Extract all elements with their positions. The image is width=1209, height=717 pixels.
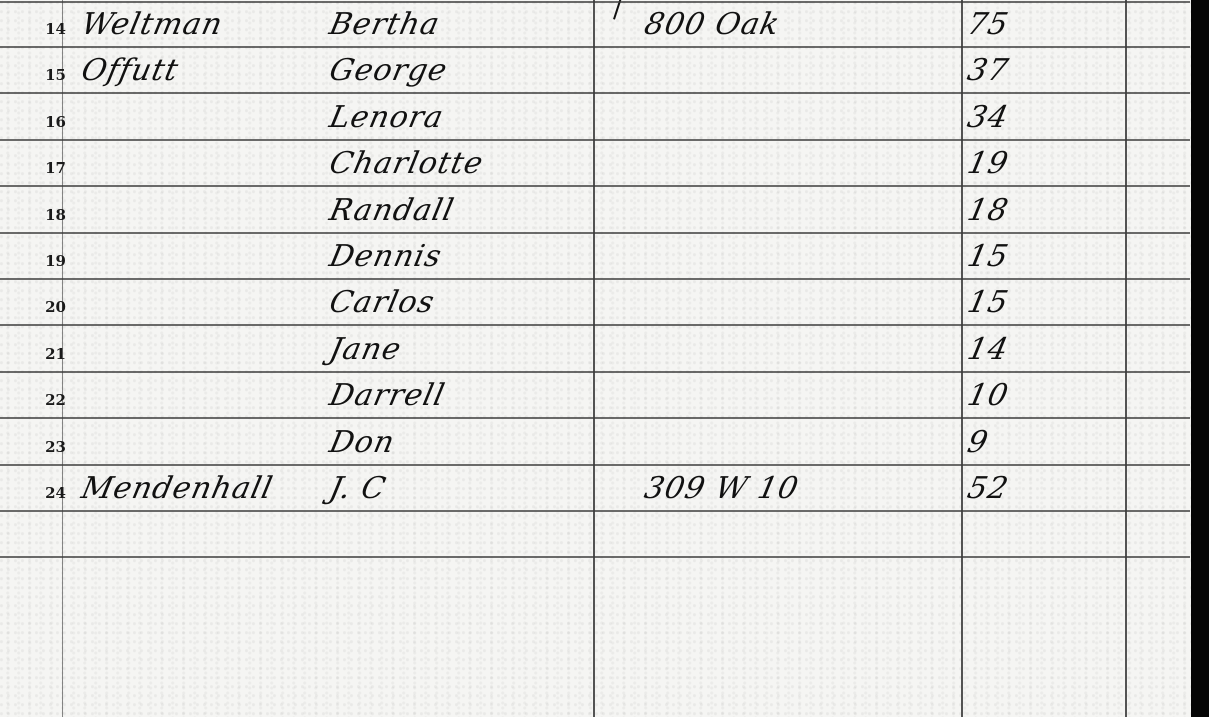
line-number: 19 — [20, 252, 66, 270]
row-rule — [0, 464, 1190, 466]
given-name-cell: Lenora — [326, 100, 447, 135]
given-name-cell: Randall — [326, 193, 457, 228]
age-cell: 75 — [964, 7, 1012, 42]
given-name-cell: Don — [326, 425, 398, 460]
page-edge-shadow — [1191, 0, 1209, 717]
given-name-cell: Bertha — [326, 7, 443, 42]
table-row: 22Darrell10 — [0, 371, 1190, 417]
line-number: 20 — [20, 298, 66, 316]
row-rule — [0, 556, 1190, 558]
table-row: 16Lenora34 — [0, 93, 1190, 139]
row-rule — [0, 232, 1190, 234]
table-row: 24MendenhallJ. C309 W 1052 — [0, 464, 1190, 510]
census-page: 14WeltmanBertha800 Oak7515OffuttGeorge37… — [0, 0, 1209, 717]
line-number: 24 — [20, 484, 66, 502]
age-cell: 15 — [964, 239, 1012, 274]
given-name-cell: George — [326, 53, 451, 88]
table-row: 18Randall18 — [0, 186, 1190, 232]
row-rule — [0, 510, 1190, 512]
row-rule — [0, 278, 1190, 280]
table-row: 17Charlotte19 — [0, 139, 1190, 185]
line-number: 15 — [20, 66, 66, 84]
age-cell: 37 — [964, 53, 1012, 88]
row-rule — [0, 185, 1190, 187]
age-cell: 19 — [964, 146, 1012, 181]
line-number: 18 — [20, 206, 66, 224]
row-rule — [0, 417, 1190, 419]
line-number: 16 — [20, 113, 66, 131]
given-name-cell: Carlos — [326, 285, 438, 320]
given-name-cell: Jane — [326, 332, 404, 367]
age-cell: 52 — [964, 471, 1012, 506]
table-row: 20Carlos15 — [0, 278, 1190, 324]
surname-cell: Mendenhall — [78, 471, 276, 506]
row-rule — [0, 139, 1190, 141]
age-cell: 15 — [964, 285, 1012, 320]
surname-cell: Weltman — [78, 7, 226, 42]
age-cell: 18 — [964, 193, 1012, 228]
address-cell: 309 W 10 — [641, 471, 802, 506]
row-rule — [0, 92, 1190, 94]
age-cell: 10 — [964, 378, 1012, 413]
line-number: 14 — [20, 20, 66, 38]
given-name-cell: Darrell — [326, 378, 448, 413]
line-number: 22 — [20, 391, 66, 409]
row-rule — [0, 371, 1190, 373]
table-row: 15OffuttGeorge37 — [0, 46, 1190, 92]
surname-cell: Offutt — [78, 53, 182, 88]
table-row: 23Don9 — [0, 418, 1190, 464]
line-number: 21 — [20, 345, 66, 363]
address-cell: 800 Oak — [641, 7, 783, 42]
table-row: 19Dennis15 — [0, 232, 1190, 278]
given-name-cell: Charlotte — [326, 146, 486, 181]
row-rule — [0, 1, 1190, 3]
row-rule — [0, 324, 1190, 326]
age-cell: 34 — [964, 100, 1012, 135]
table-row: 21Jane14 — [0, 325, 1190, 371]
age-cell: 14 — [964, 332, 1012, 367]
age-cell: 9 — [964, 425, 992, 460]
line-number: 23 — [20, 438, 66, 456]
given-name-cell: Dennis — [326, 239, 445, 274]
table-row: 14WeltmanBertha800 Oak75 — [0, 0, 1190, 46]
line-number: 17 — [20, 159, 66, 177]
given-name-cell: J. C — [326, 471, 389, 506]
row-rule — [0, 46, 1190, 48]
